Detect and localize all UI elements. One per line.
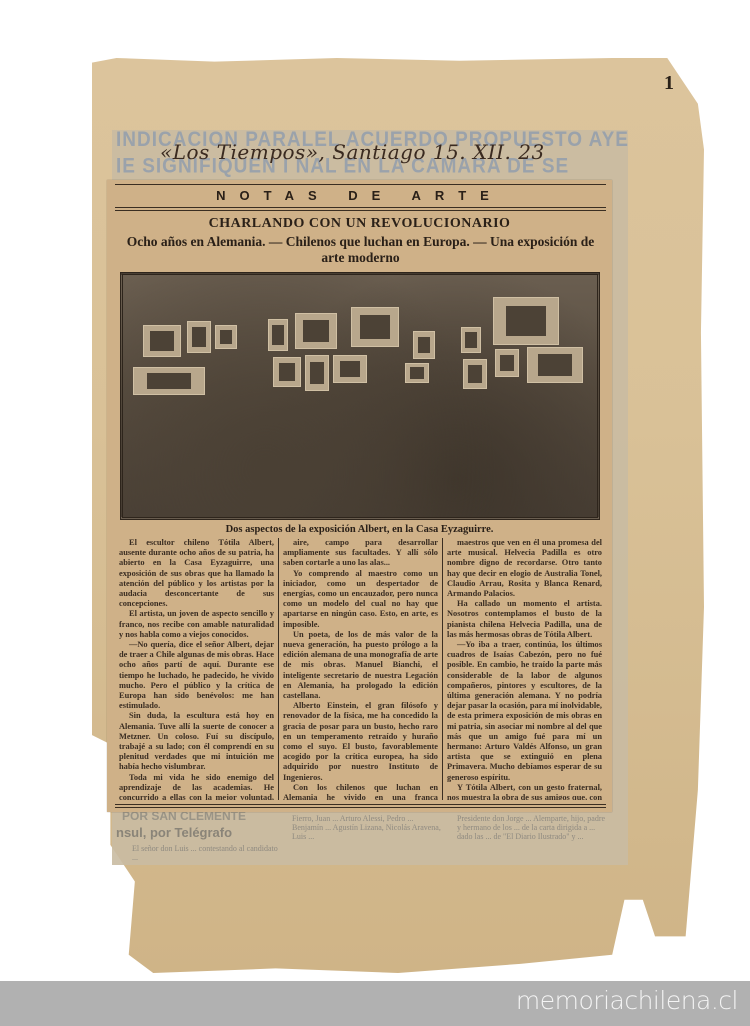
artwork-frame [268, 319, 288, 351]
rule [115, 184, 606, 185]
paragraph: Alberto Einstein, el gran filósofo y ren… [283, 701, 438, 783]
paragraph: Un poeta, de los de más valor de la nuev… [283, 630, 438, 701]
section-heading: NOTAS DE ARTE [107, 188, 612, 203]
paragraph: Toda mi vida he sido enemigo del aprendi… [119, 773, 274, 800]
article-body: El escultor chileno Tótila Albert, ausen… [115, 538, 606, 800]
artwork-frame [333, 355, 367, 383]
paragraph: Con los chilenos que luchan en Alemania … [283, 783, 438, 800]
paragraph: Sin duda, la escultura está hoy en Alema… [119, 711, 274, 772]
underlying-bottom-col1: El señor don Luis ... contestando al can… [132, 844, 282, 862]
paragraph: Yo comprendo al maestro como un iniciado… [283, 569, 438, 630]
paragraph: El artista, un joven de aspecto sencillo… [119, 609, 274, 640]
rule [115, 807, 606, 808]
paragraph: Ha callado un momento el artista. Nosotr… [447, 599, 602, 640]
paragraph: El escultor chileno Tótila Albert, ausen… [119, 538, 274, 609]
underlying-bottom-col3: Presidente don Jorge ... Alemparte, hijo… [457, 814, 607, 841]
artwork-frame [215, 325, 237, 349]
artwork-frame [295, 313, 337, 349]
artwork-frame [273, 357, 301, 387]
artwork-frame [495, 349, 519, 377]
paragraph: Y Tótila Albert, con un gesto fraternal,… [447, 783, 602, 800]
photo-caption: Dos aspectos de la exposición Albert, en… [107, 524, 612, 535]
underlying-bottom-head1: POR SAN CLEMENTE [122, 812, 246, 821]
artwork-frame [493, 297, 559, 345]
watermark-bar: memoriachilena.cl [0, 981, 750, 1026]
paragraph: —Yo iba a traer, continúa, los últimos c… [447, 640, 602, 783]
artwork-frame [133, 367, 205, 395]
artwork-frame [461, 327, 481, 353]
artwork-frame [413, 331, 435, 359]
artwork-frame [351, 307, 399, 347]
artwork-frame [463, 359, 487, 389]
page-number: 1 [664, 72, 674, 95]
artwork-frame [405, 363, 429, 383]
rule [115, 210, 606, 211]
article-headline: CHARLANDO CON UN REVOLUCIONARIO [107, 216, 612, 232]
rule [115, 804, 606, 805]
article-subhead: Ocho años en Alemania. — Chilenos que lu… [115, 234, 606, 266]
article-column-1: El escultor chileno Tótila Albert, ausen… [115, 538, 278, 800]
handwritten-source-note: «Los Tiempos», Santiago 15. XII. 23 [160, 140, 545, 164]
newspaper-clipping: NOTAS DE ARTE CHARLANDO CON UN REVOLUCIO… [107, 180, 612, 812]
artwork-frame [527, 347, 583, 383]
paragraph: maestros que ven en él una promesa del a… [447, 538, 602, 599]
artwork-frame [187, 321, 211, 353]
artwork-frame [305, 355, 329, 391]
exhibition-photo [120, 272, 600, 520]
underlying-bottom-col2: Fierro, Juan ... Arturo Alessi, Pedro ..… [292, 814, 442, 841]
article-column-2: aire, campo para desarrollar ampliamente… [278, 538, 442, 800]
underlying-bottom-head2: nsul, por Telégrafo [116, 828, 232, 837]
rule [115, 207, 606, 208]
paragraph: —No quería, dice el señor Albert, dejar … [119, 640, 274, 711]
watermark-logo[interactable]: memoriachilena.cl [516, 986, 738, 1015]
paragraph: aire, campo para desarrollar ampliamente… [283, 538, 438, 569]
underlying-newspaper-bottom: POR SAN CLEMENTE nsul, por Telégrafo El … [112, 810, 628, 865]
article-column-3: maestros que ven en él una promesa del a… [442, 538, 606, 800]
artwork-frame [143, 325, 181, 357]
